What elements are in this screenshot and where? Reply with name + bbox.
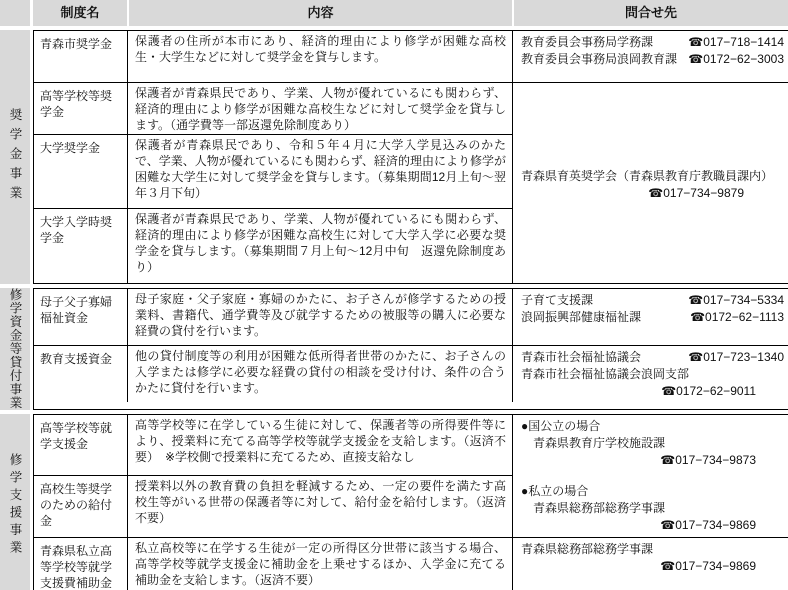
header-corner-cell — [0, 0, 30, 26]
row-content: 私立高校等に在学する生徒が一定の所得区分世帯に該当する場合、高等学校等就学支援金… — [128, 538, 513, 590]
contact-phone: ☎017−723−1340 — [688, 349, 784, 366]
contact-line: 青森市社会福祉協議会浪岡支部 — [521, 366, 784, 383]
row-content: 授業料以外の教育費の負担を軽減するため、一定の要件を満たす高校生等がいる世帯の保… — [128, 476, 513, 538]
header-content-col: 内容 — [129, 0, 512, 26]
row-name: 青森県私立高等学校等就学支援費補助金 — [34, 538, 128, 590]
contact-dept: 浪岡振興部健康福祉課 — [521, 309, 641, 326]
row-content: 他の貸付制度等の利用が困難な低所得者世帯のかたに、お子さんの入学または修学に必要… — [128, 346, 513, 402]
contact-dept: 教育委員会事務局浪岡教育課 — [521, 51, 677, 68]
row-content: 母子家庭・父子家庭・寡婦のかたに、お子さんが修学するための授業料、書籍代、通学費… — [128, 289, 513, 346]
row-name: 高校生等奨学のための給付金 — [34, 476, 128, 538]
section-table: 母子父子寡婦福祉資金 母子家庭・父子家庭・寡婦のかたに、お子さんが修学するための… — [33, 288, 788, 410]
contact-phone: ☎017−734−5334 — [688, 292, 784, 309]
row-contact: 青森市社会福祉協議会 ☎017−723−1340 青森市社会福祉協議会浪岡支部 … — [513, 346, 788, 402]
contact-case: ●私立の場合 — [521, 483, 784, 500]
contact-phone: ☎0172−62−3003 — [688, 51, 784, 68]
section-table: 高等学校等就学支援金 高等学校等に在学している生徒に対して、保護者等の所得要件等… — [33, 414, 788, 590]
merged-contact-shugaku: ●国公立の場合 青森県教育庁学校施設課 ☎017−734−9873 ●私立の場合… — [513, 415, 788, 538]
contact-line: 青森市社会福祉協議会 ☎017−723−1340 — [521, 349, 784, 366]
contact-phone: ☎0172−62−1113 — [690, 309, 784, 326]
row-contact: 青森県総務部総務学事課 ☎017−734−9869 — [513, 538, 788, 590]
contact-phone: ☎017−734−9873 — [521, 452, 784, 469]
contact-dept: 青森県総務部総務学事課 — [521, 541, 653, 558]
row-name: 教育支援資金 — [34, 346, 128, 402]
header-contact-col: 問合せ先 — [514, 0, 788, 26]
contact-phone: ☎017−734−9879 — [521, 185, 784, 202]
category-cell-study-support: 修学支援事業 — [0, 414, 30, 590]
contact-dept: 教育委員会事務局学務課 — [521, 34, 653, 51]
category-cell-fund-loans: 修学資金等貸付事業 — [0, 288, 30, 410]
contact-phone: ☎0172−62−9011 — [521, 383, 784, 400]
contact-group-public: ●国公立の場合 青森県教育庁学校施設課 ☎017−734−9873 — [521, 418, 784, 469]
contact-dept: 青森県教育庁学校施設課 — [521, 435, 784, 452]
row-content: 保護者が青森県民であり、学業、人物が優れているにも関わらず、経済的理由により修学… — [128, 83, 513, 135]
contact-line: 教育委員会事務局学務課 ☎017−718−1414 — [521, 34, 784, 51]
row-content: 保護者の住所が本市にあり、経済的理由により修学が困難な高校生・大学生などに対して… — [128, 31, 513, 83]
row-name: 大学入学時奨学金 — [34, 209, 128, 283]
merged-contact-ikuei: 青森県育英奨学会（青森県教育庁教職員課内） ☎017−734−9879 — [513, 83, 788, 283]
scholarship-table-page: 制度名 内容 問合せ先 奨学金事業 青森市奨学金 保護者の住所が本市にあり、経済… — [0, 0, 788, 590]
contact-group-private: ●私立の場合 青森県総務部総務学事課 ☎017−734−9869 — [521, 483, 784, 534]
contact-line: 子育て支援課 ☎017−734−5334 — [521, 292, 784, 309]
row-name: 大学奨学金 — [34, 135, 128, 209]
row-name: 高等学校等奨学金 — [34, 83, 128, 135]
section-table: 青森市奨学金 保護者の住所が本市にあり、経済的理由により修学が困難な高校生・大学… — [33, 30, 788, 284]
section-study-support: 修学支援事業 高等学校等就学支援金 高等学校等に在学している生徒に対して、保護者… — [0, 414, 788, 590]
category-label: 修学資金等貸付事業 — [7, 288, 23, 410]
contact-phone: ☎017−734−9869 — [521, 558, 784, 575]
category-label: 修学支援事業 — [7, 453, 23, 558]
row-content: 高等学校等に在学している生徒に対して、保護者等の所得要件等により、授業料に充てる… — [128, 415, 513, 476]
section-study-fund-loans: 修学資金等貸付事業 母子父子寡婦福祉資金 母子家庭・父子家庭・寡婦のかたに、お子… — [0, 288, 788, 410]
category-label: 奨学金事業 — [7, 108, 23, 206]
header-name-col: 制度名 — [33, 0, 127, 26]
row-name: 高等学校等就学支援金 — [34, 415, 128, 476]
section-scholarship-loans: 奨学金事業 青森市奨学金 保護者の住所が本市にあり、経済的理由により修学が困難な… — [0, 30, 788, 284]
contact-dept: 青森県総務部総務学事課 — [521, 500, 784, 517]
contact-case: ●国公立の場合 — [521, 418, 784, 435]
contact-line: 教育委員会事務局浪岡教育課 ☎0172−62−3003 — [521, 51, 784, 68]
contact-dept: 青森市社会福祉協議会浪岡支部 — [521, 366, 689, 383]
row-name: 青森市奨学金 — [34, 31, 128, 83]
row-name: 母子父子寡婦福祉資金 — [34, 289, 128, 346]
contact-line: 浪岡振興部健康福祉課 ☎0172−62−1113 — [521, 309, 784, 326]
contact-phone: ☎017−734−9869 — [521, 517, 784, 534]
category-cell-scholarship: 奨学金事業 — [0, 30, 30, 284]
row-contact: 子育て支援課 ☎017−734−5334 浪岡振興部健康福祉課 ☎0172−62… — [513, 289, 788, 346]
contact-line: 青森県総務部総務学事課 — [521, 541, 784, 558]
row-contact: 教育委員会事務局学務課 ☎017−718−1414 教育委員会事務局浪岡教育課 … — [513, 31, 788, 83]
contact-dept: 青森市社会福祉協議会 — [521, 349, 641, 366]
table-header-row: 制度名 内容 問合せ先 — [0, 0, 788, 26]
row-content: 保護者が青森県民であり、学業、人物が優れているにも関わらず、経済的理由により修学… — [128, 209, 513, 283]
contact-org: 青森県育英奨学会（青森県教育庁教職員課内） — [521, 168, 784, 185]
row-content: 保護者が青森県民であり、令和５年４月に大学入学見込みのかたで、学業、人物が優れて… — [128, 135, 513, 209]
contact-phone: ☎017−718−1414 — [688, 34, 784, 51]
contact-dept: 子育て支援課 — [521, 292, 593, 309]
